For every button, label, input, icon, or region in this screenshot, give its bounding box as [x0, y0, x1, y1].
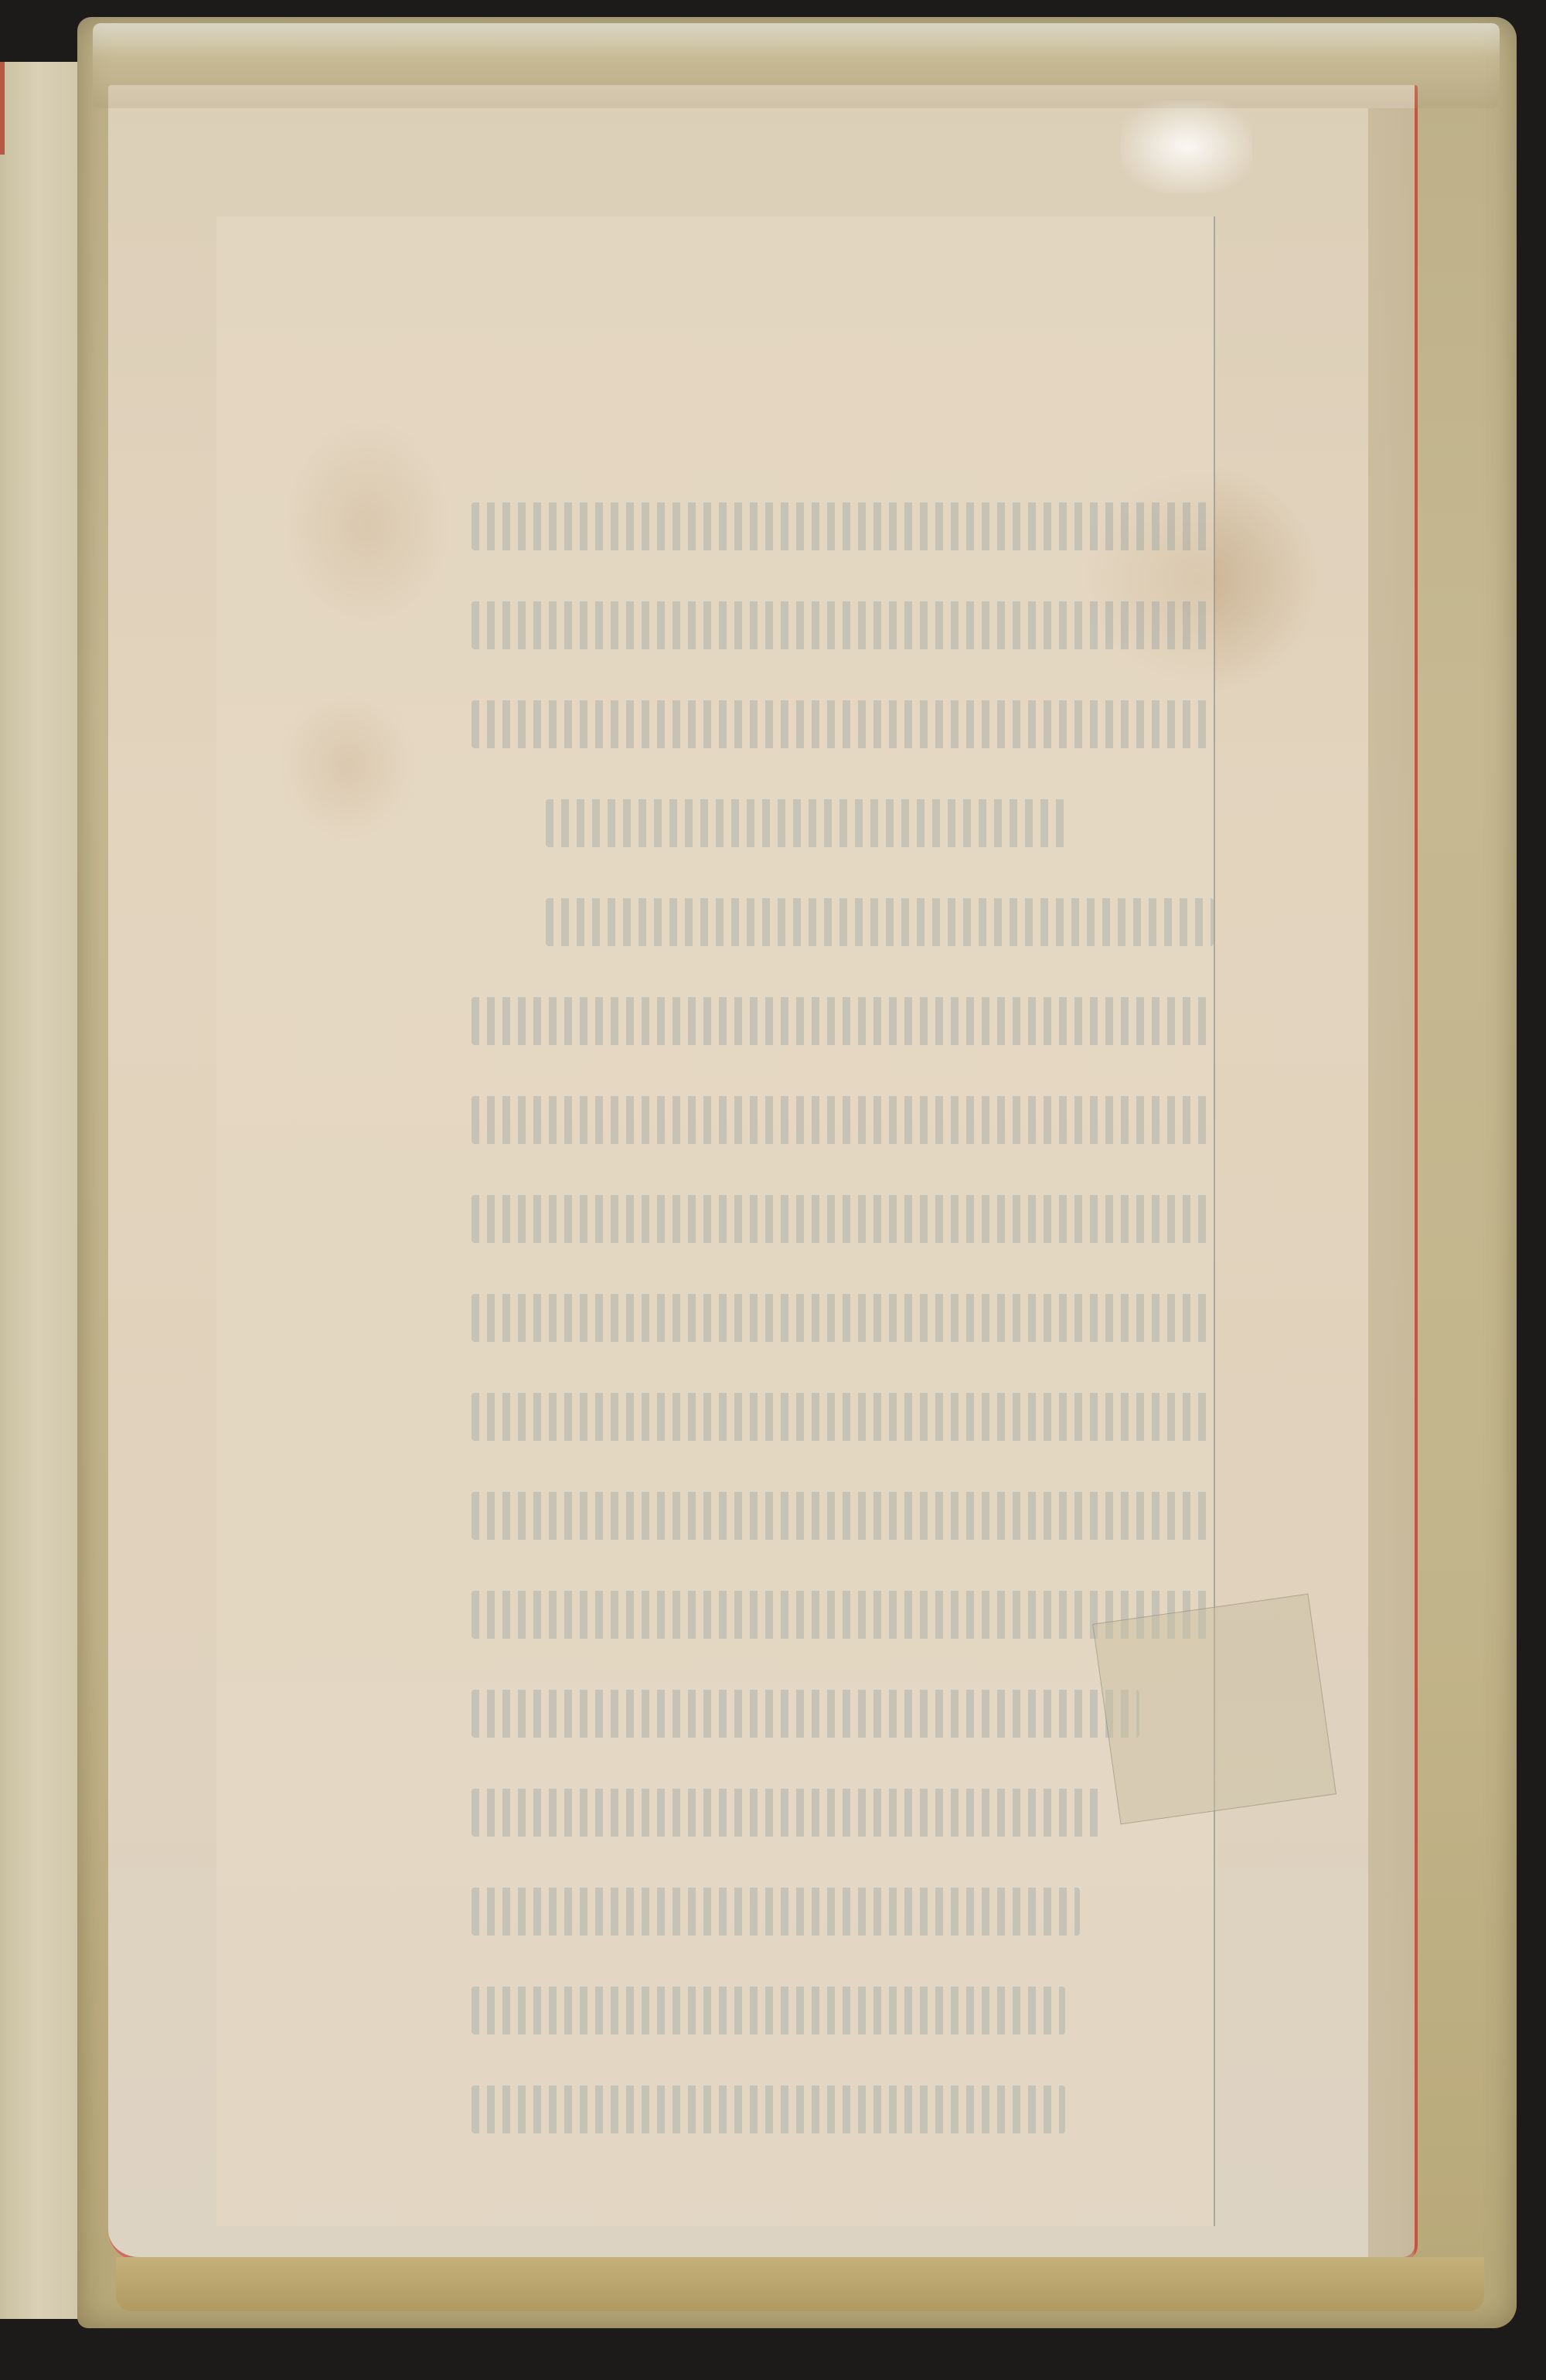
text-line — [472, 1987, 1065, 2034]
text-line — [472, 1195, 1214, 1243]
text-line — [472, 601, 1214, 649]
text-line — [472, 1393, 1214, 1441]
text-line — [472, 1888, 1080, 1936]
glare — [1121, 100, 1252, 193]
text-line — [546, 898, 1214, 946]
repair-tape — [1092, 1594, 1337, 1825]
text-line — [472, 502, 1214, 550]
text-line — [472, 2085, 1065, 2133]
text-line — [472, 1492, 1214, 1540]
bottom-turnin — [116, 2257, 1484, 2311]
text-line — [472, 1789, 1102, 1837]
text-line — [546, 799, 1065, 847]
repair-tape-top — [93, 23, 1500, 108]
flyleaf-red-edge — [0, 62, 5, 155]
text-line — [472, 1690, 1139, 1738]
text-line — [472, 1096, 1214, 1144]
text-line — [472, 997, 1214, 1045]
show-through-text-block — [472, 502, 1214, 2164]
text-line — [472, 700, 1214, 748]
right-turnin — [1368, 108, 1415, 2257]
text-line — [472, 1294, 1214, 1342]
